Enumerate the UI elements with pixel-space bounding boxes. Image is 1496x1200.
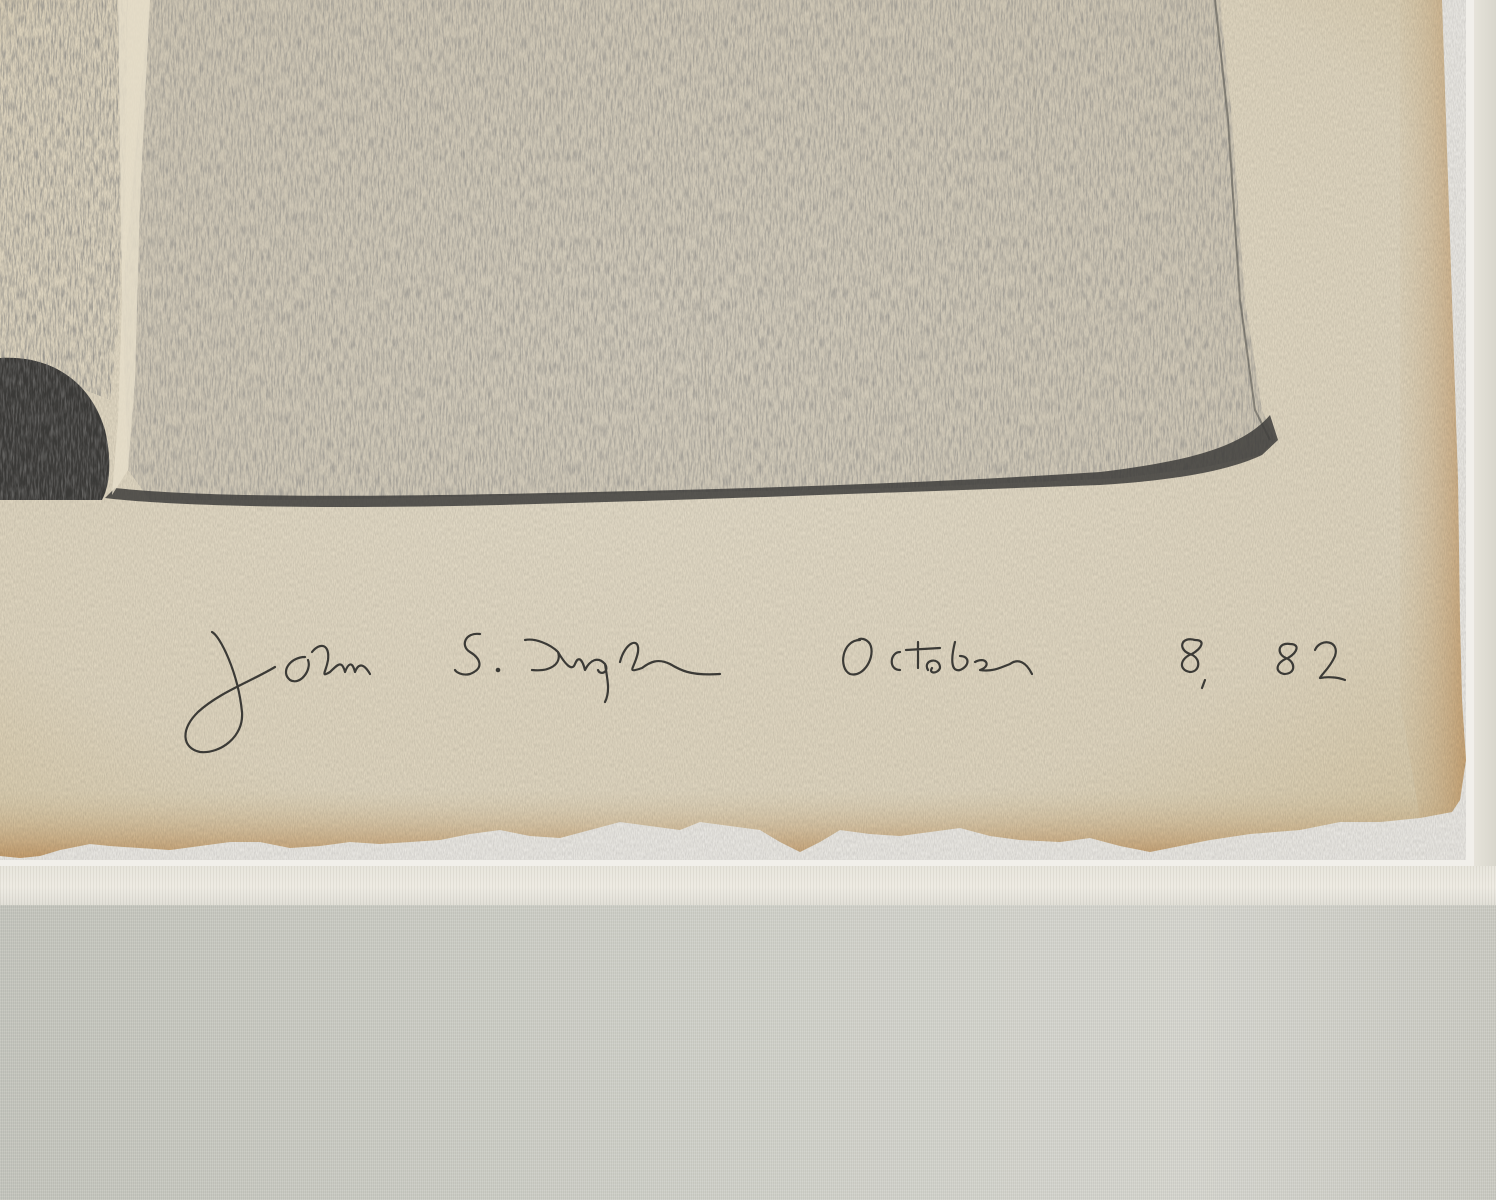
artist-signature [180, 612, 1360, 762]
mat-bevel-right [1474, 0, 1496, 905]
framed-drawing-photo: John S. Ingle October 8, 82 [0, 0, 1496, 1200]
mat-bevel-bottom [0, 866, 1496, 909]
fabric-mat [0, 905, 1496, 1200]
graphite-drawing [0, 0, 1278, 507]
